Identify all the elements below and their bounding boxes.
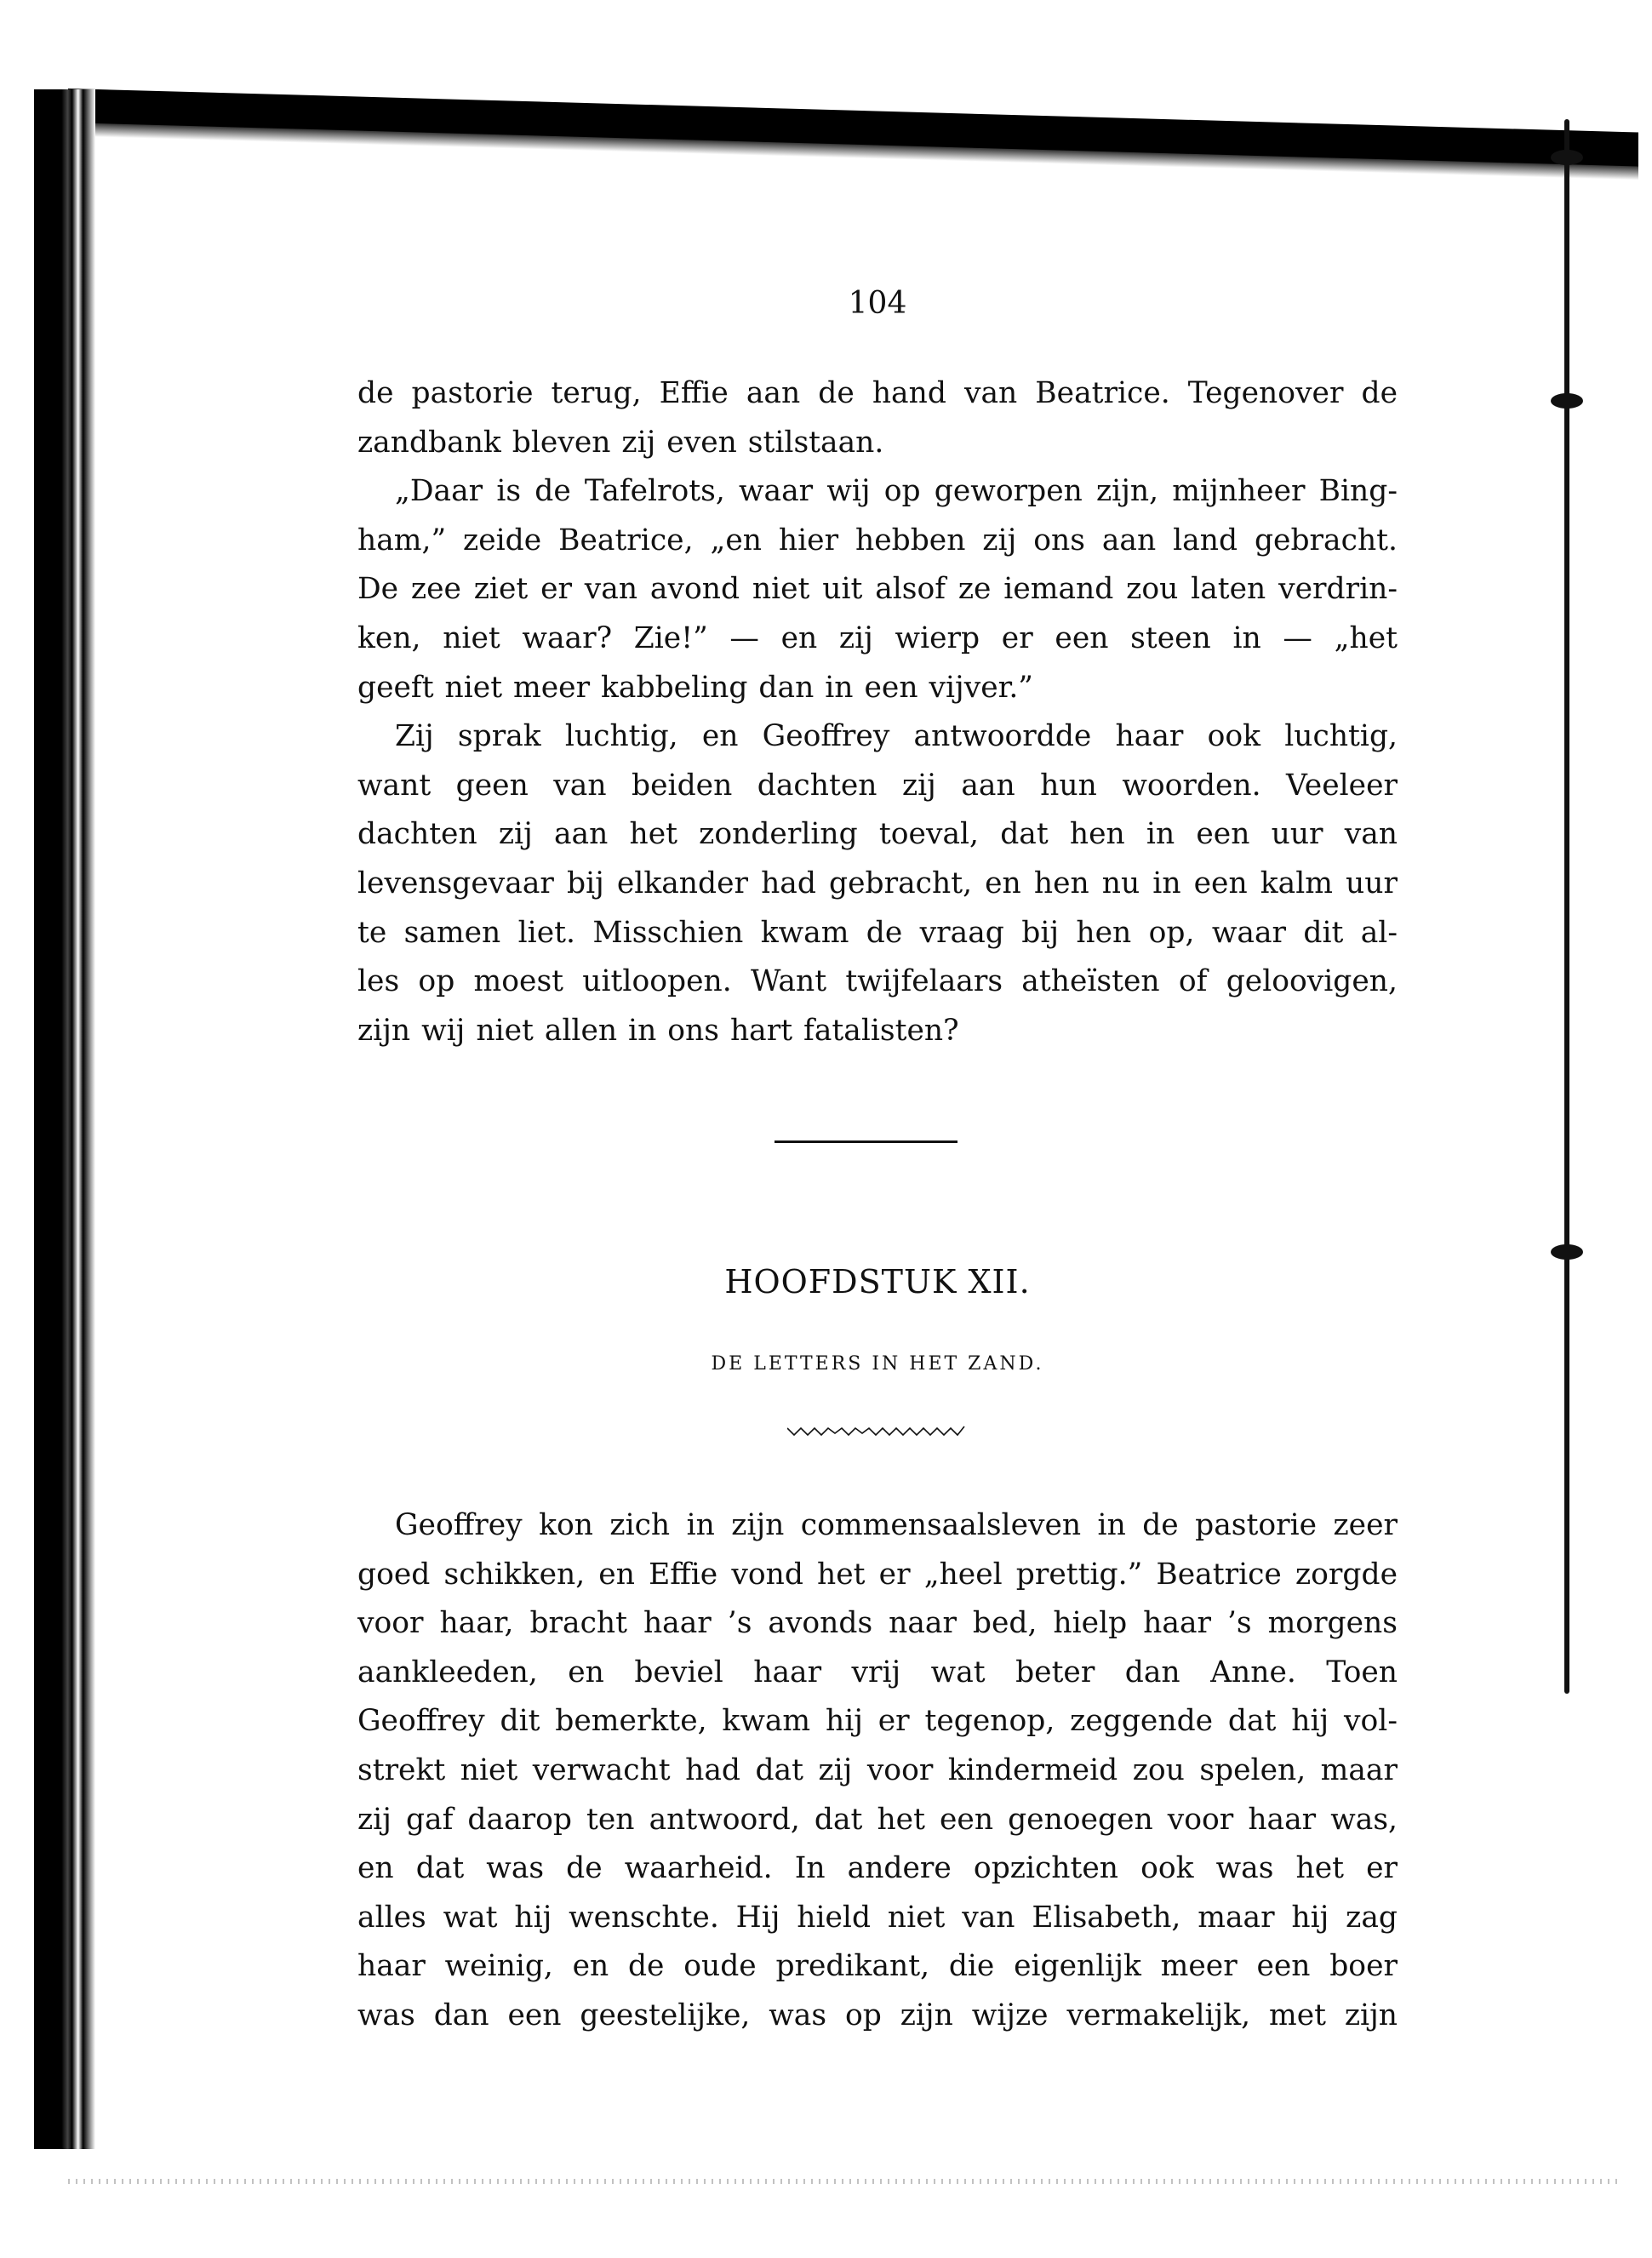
text-line: les op moest uitloopen. Want twijfelaars… (357, 958, 1398, 1007)
text-line: dachten zij aan het zonderling toeval, d… (357, 810, 1398, 860)
text-line: ken, niet waar? Zie!” — en zij wierp er … (357, 615, 1398, 664)
text-line: Geoffrey dit bemerkte, kwam hij er tegen… (357, 1697, 1398, 1746)
text-line: zijn wij niet allen in ons hart fatalist… (357, 1007, 1398, 1056)
scan-bottom-edge (68, 2179, 1617, 2184)
text-line: en dat was de waarheid. In andere opzich… (357, 1844, 1398, 1894)
section-2-text: Geoffrey kon zich in zijn commensaalslev… (357, 1501, 1398, 2041)
chapter-subtitle: DE LETTERS IN HET ZAND. (357, 1352, 1398, 1377)
text-line: aankleeden, en beviel haar vrij wat bete… (357, 1649, 1398, 1698)
section-divider (775, 1140, 957, 1143)
text-line: De zee ziet er van avond niet uit alsof … (357, 565, 1398, 615)
scan-right-mark (1551, 1244, 1583, 1260)
text-line: geeft niet meer kabbeling dan in een vij… (357, 664, 1398, 713)
text-line: alles wat hij wenschte. Hij hield niet v… (357, 1894, 1398, 1943)
scan-right-mark (1551, 150, 1583, 165)
text-line: levensgevaar bij elkander had gebracht, … (357, 860, 1398, 909)
text-line: „Daar is de Tafelrots, waar wij op gewor… (357, 467, 1398, 517)
section-1-text: de pastorie terug, Effie aan de hand van… (357, 369, 1398, 1055)
text-line: ham,” zeide Beatrice, „en hier hebben zi… (357, 517, 1398, 566)
text-line: zandbank bleven zij even stilstaan. (357, 419, 1398, 468)
scan-right-edge (1564, 119, 1569, 1694)
wavy-ornament-icon (787, 1423, 966, 1440)
scan-right-mark (1551, 393, 1583, 409)
scan-left-border (34, 89, 95, 2149)
text-line: was dan een geestelijke, was op zijn wij… (357, 1992, 1398, 2041)
text-line: goed schikken, en Effie vond het er „hee… (357, 1551, 1398, 1600)
text-line: te samen liet. Misschien kwam de vraag b… (357, 909, 1398, 958)
text-line: Geoffrey kon zich in zijn commensaalslev… (357, 1501, 1398, 1551)
chapter-heading: HOOFDSTUK XII. (357, 1261, 1398, 1302)
page-number: 104 (357, 285, 1398, 323)
text-line: de pastorie terug, Effie aan de hand van… (357, 369, 1398, 419)
text-line: zij gaf daarop ten antwoord, dat het een… (357, 1796, 1398, 1845)
text-line: Zij sprak luchtig, en Geoffrey antwoordd… (357, 712, 1398, 762)
text-line: want geen van beiden dachten zij aan hun… (357, 762, 1398, 811)
text-line: strekt niet verwacht had dat zij voor ki… (357, 1746, 1398, 1796)
text-line: voor haar, bracht haar ’s avonds naar be… (357, 1599, 1398, 1649)
text-line: haar weinig, en de oude predikant, die e… (357, 1942, 1398, 1992)
